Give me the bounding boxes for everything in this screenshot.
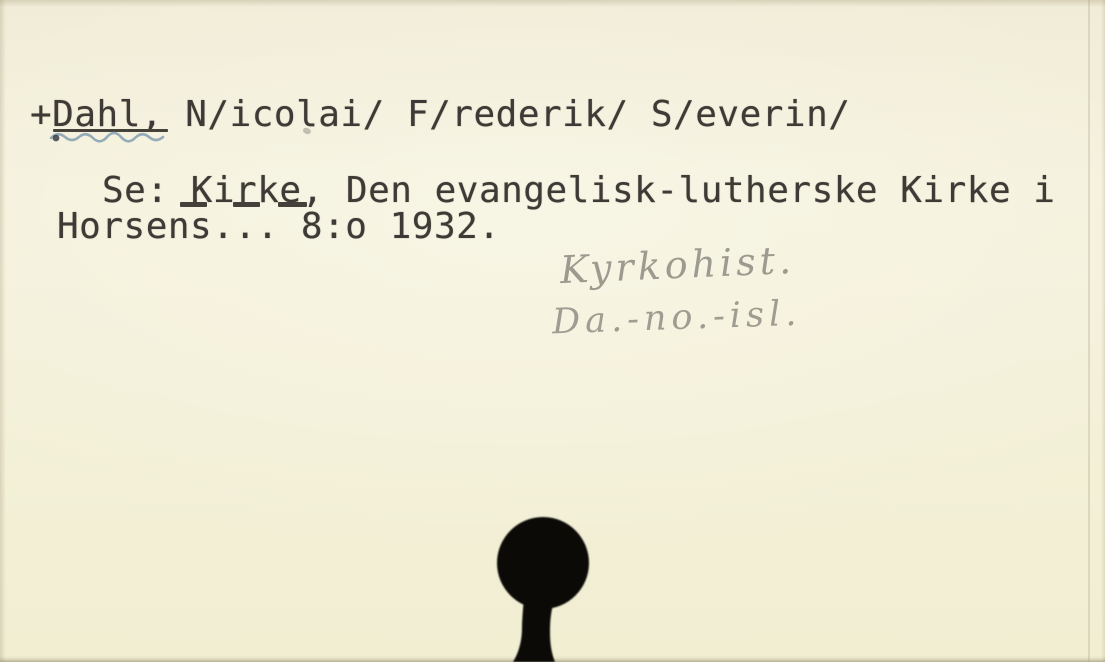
imprint-line: Horsens... 8:o 1932. — [57, 209, 500, 245]
wavy-crayon-underline — [47, 128, 177, 146]
card-top-edge — [0, 0, 1105, 7]
rod-hole-cutout — [488, 510, 604, 662]
handwritten-subject-note: Kyrkohist. — [559, 238, 796, 292]
handwritten-language-note: Da.-no.-isl. — [551, 294, 802, 343]
card-left-edge — [0, 0, 6, 662]
card-right-crease — [1088, 0, 1090, 662]
catalog-card: +Dahl, N/icolai/ F/rederik/ S/everin/ Se… — [0, 0, 1105, 662]
card-right-edge — [1101, 0, 1105, 662]
ink-dot — [53, 135, 60, 142]
